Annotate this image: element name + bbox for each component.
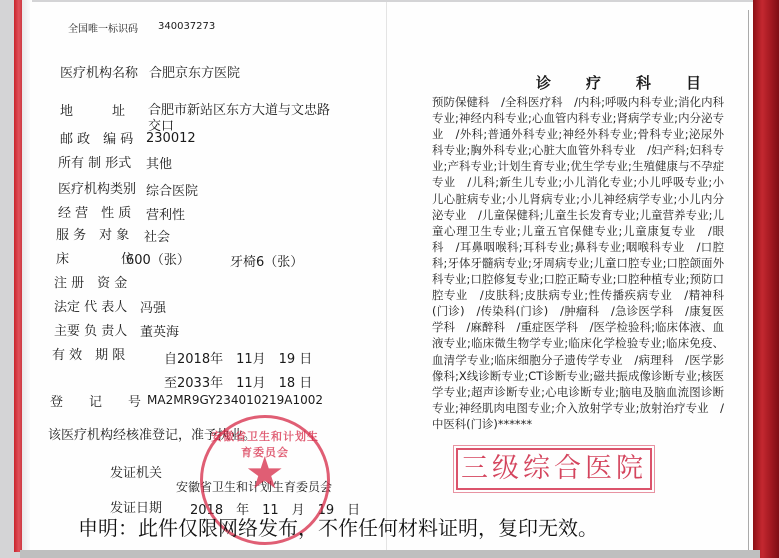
service-value: 社会	[144, 226, 170, 245]
unique-id-value: 340037273	[158, 21, 215, 32]
legal-rep-label: 法定 代 表人	[54, 296, 127, 315]
valid-to-value: 至2033年 11月 18 日	[164, 372, 312, 391]
principal-value: 董英海	[140, 321, 179, 340]
unique-id-label: 全国唯一标识码	[68, 20, 138, 35]
postcode-value: 230012	[146, 131, 196, 146]
address-value-line1: 合肥市新站区东方大道与文忠路	[148, 99, 330, 118]
grade-stamp: 三级综合医院	[456, 448, 652, 490]
beds-label: 床 位	[56, 248, 134, 267]
page-edge-right	[748, 10, 749, 550]
nature-label: 经 营 性 质	[58, 202, 131, 221]
postcode-label: 邮 政 编 码	[60, 128, 133, 147]
ownership-label: 所有 制 形式	[58, 152, 131, 171]
name-value: 合肥京东方医院	[149, 62, 240, 81]
legal-rep-value: 冯强	[140, 297, 166, 316]
issuer-label: 发证机关	[110, 462, 162, 481]
seal-star-icon: ★	[245, 452, 284, 496]
validity-label: 有 效 期 限	[52, 344, 125, 363]
subjects-list: 预防保健科 /全科医疗科 /内科;呼吸内科专业;消化内科专业;神经内科专业;心血…	[432, 94, 724, 432]
dental-chairs-value: 牙椅6（张）	[230, 251, 303, 270]
category-label: 医疗机构类别	[58, 178, 136, 197]
certificate-cover-right	[753, 0, 779, 558]
category-value: 综合医院	[146, 180, 198, 199]
service-label: 服 务 对 象	[56, 224, 129, 243]
principal-label: 主要 负 责人	[54, 320, 127, 339]
valid-from-value: 自2018年 11月 19 日	[164, 348, 312, 367]
disclaimer-watermark: 申明：此件仅限网络发布，不作任何材料证明，复印无效。	[78, 512, 598, 541]
beds-value: 600（张）	[126, 249, 190, 268]
reg-no-label: 登 记 号	[50, 391, 141, 410]
capital-label: 注 册 资 金	[54, 272, 127, 291]
ownership-value: 其他	[146, 153, 172, 172]
address-label: 地 址	[60, 100, 125, 119]
name-label: 医疗机构名称	[60, 62, 138, 81]
page-edge-bottom	[20, 550, 760, 558]
reg-no-value: MA2MR9GY234010219A1002	[147, 393, 323, 407]
page-fold	[386, 2, 387, 550]
nature-value: 营利性	[146, 204, 185, 223]
subjects-title: 诊 疗 科 目	[536, 72, 711, 93]
